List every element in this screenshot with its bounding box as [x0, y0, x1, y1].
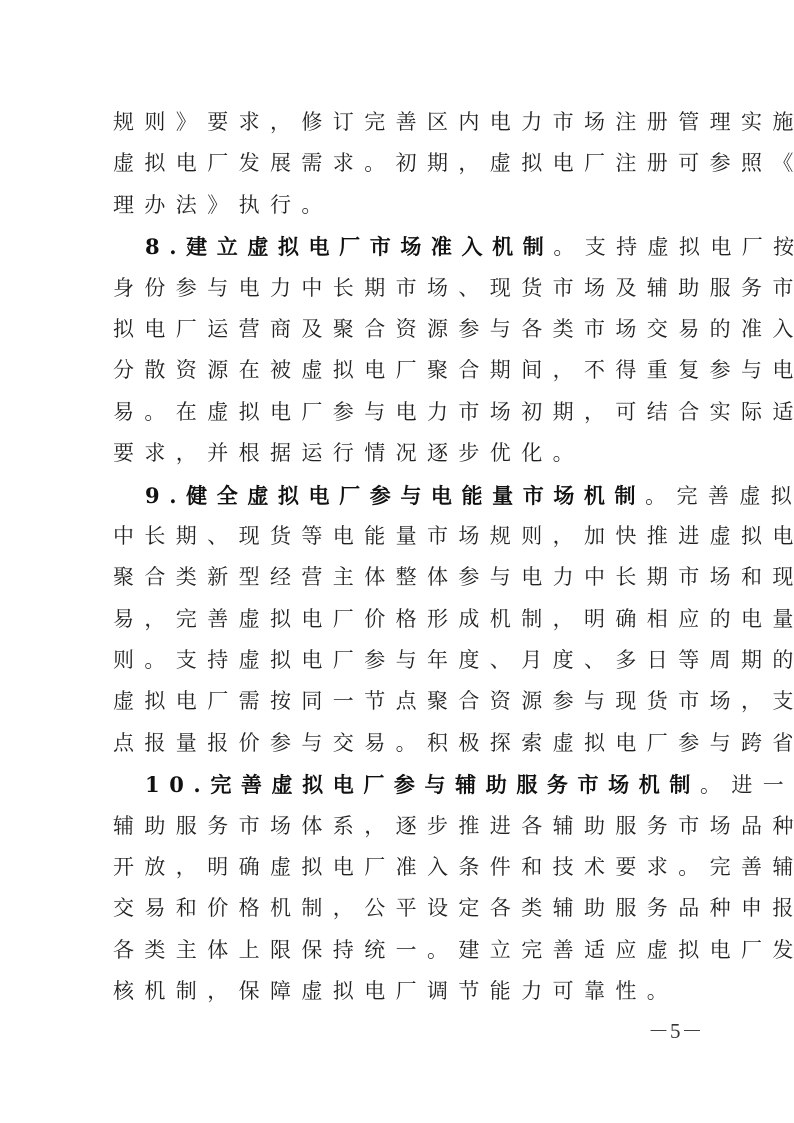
section-heading-line: 9.健全虚拟电厂参与电能量市场机制。完善虚拟电厂参与: [113, 475, 693, 516]
text-line: 规则》要求，修订完善区内电力市场注册管理实施细则，满足: [113, 102, 693, 143]
paragraph-section-9: 9.健全虚拟电厂参与电能量市场机制。完善虚拟电厂参与 中长期、现货等电能量市场规…: [113, 475, 693, 765]
body-text: 规则》要求，修订完善区内电力市场注册管理实施细则，满足 虚拟电厂发展需求。初期，…: [113, 102, 693, 1013]
text-line: 易。在虚拟电厂参与电力市场初期，可结合实际适当放宽准入: [113, 392, 693, 433]
text-line: 辅助服务市场体系，逐步推进各辅助服务市场品种向虚拟电厂: [113, 806, 693, 847]
paragraph-section-10: 10.完善虚拟电厂参与辅助服务市场机制。进一步健全电力 辅助服务市场体系，逐步推…: [113, 764, 693, 1012]
text-line: 虚拟电厂发展需求。初期，虚拟电厂注册可参照《售电公司管: [113, 143, 693, 184]
page-number: －5－: [648, 1015, 704, 1045]
text-line: 身份参与电力中长期市场、现货市场及辅助服务市场，明确虚: [113, 268, 693, 309]
text-line: 各类主体上限保持统一。建立完善适应虚拟电厂发展阶段的考: [113, 930, 693, 971]
document-page: 规则》要求，修订完善区内电力市场注册管理实施细则，满足 虚拟电厂发展需求。初期，…: [0, 0, 794, 1123]
heading-line-rest: 。支持虚拟电厂按独立主体: [553, 235, 794, 259]
text-line: 易，完善虚拟电厂价格形成机制，明确相应的电量电费计算原: [113, 599, 693, 640]
section-heading-line: 10.完善虚拟电厂参与辅助服务市场机制。进一步健全电力: [113, 764, 693, 805]
text-line: 分散资源在被虚拟电厂聚合期间，不得重复参与电力市场交: [113, 350, 693, 391]
text-line: 点报量报价参与交易。积极探索虚拟电厂参与跨省电力交易。: [113, 723, 693, 764]
text-line: 中长期、现货等电能量市场规则，加快推进虚拟电厂作为资源: [113, 516, 693, 557]
text-line: 开放，明确虚拟电厂准入条件和技术要求。完善辅助服务市场: [113, 847, 693, 888]
heading-line-rest: 。完善虚拟电厂参与: [645, 484, 794, 508]
text-line: 则。支持虚拟电厂参与年度、月度、多日等周期的中长期交易，: [113, 640, 693, 681]
paragraph-continuation: 规则》要求，修订完善区内电力市场注册管理实施细则，满足 虚拟电厂发展需求。初期，…: [113, 102, 693, 226]
section-heading-10: 10.完善虚拟电厂参与辅助服务市场机制: [145, 772, 700, 797]
text-line: 交易和价格机制，公平设定各类辅助服务品种申报价格上限，: [113, 888, 693, 929]
text-line: 理办法》执行。: [113, 185, 693, 226]
text-line: 虚拟电厂需按同一节点聚合资源参与现货市场，支持按所在节: [113, 681, 693, 722]
section-heading-line: 8.建立虚拟电厂市场准入机制。支持虚拟电厂按独立主体: [113, 226, 693, 267]
section-heading-9: 9.健全虚拟电厂参与电能量市场机制: [145, 483, 645, 508]
text-line: 拟电厂运营商及聚合资源参与各类市场交易的准入要求。各类: [113, 309, 693, 350]
text-line: 聚合类新型经营主体整体参与电力中长期市场和现货市场交: [113, 557, 693, 598]
text-line: 核机制，保障虚拟电厂调节能力可靠性。: [113, 971, 693, 1012]
paragraph-section-8: 8.建立虚拟电厂市场准入机制。支持虚拟电厂按独立主体 身份参与电力中长期市场、现…: [113, 226, 693, 474]
text-line: 要求，并根据运行情况逐步优化。: [113, 433, 693, 474]
section-heading-8: 8.建立虚拟电厂市场准入机制: [145, 234, 553, 259]
heading-line-rest: 。进一步健全电力: [700, 773, 794, 797]
